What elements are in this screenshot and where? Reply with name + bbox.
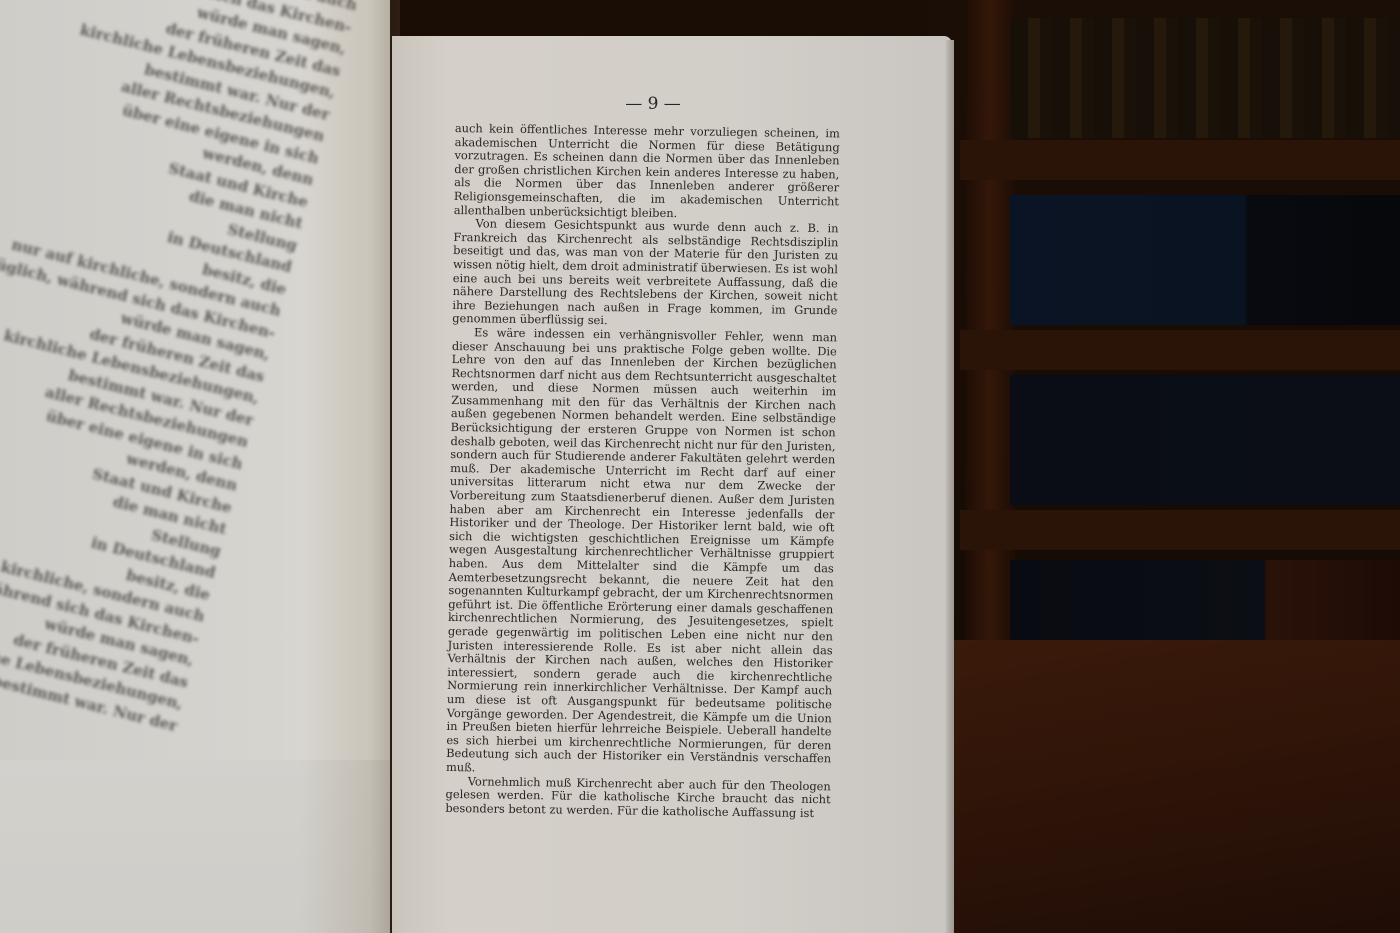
paragraph: Vornehmlich muß Kirchenrecht aber auch f… bbox=[445, 774, 831, 820]
paragraph: auch kein öffentliches Interesse mehr vo… bbox=[454, 122, 840, 223]
page-number: — 9 — bbox=[618, 94, 688, 114]
shelf-board bbox=[960, 140, 1400, 180]
paragraph: Es wäre indessen ein verhängnisvoller Fe… bbox=[446, 326, 837, 780]
book-row-dark bbox=[1010, 375, 1400, 505]
paragraph: Von diesem Gesichtspunkt aus wurde denn … bbox=[452, 217, 838, 331]
shelf-board bbox=[960, 330, 1400, 370]
page-edge bbox=[946, 40, 954, 933]
book-row-top bbox=[1010, 18, 1400, 138]
right-page-body: auch kein öffentliches Interesse mehr vo… bbox=[445, 122, 840, 821]
book-row-blue bbox=[1010, 195, 1400, 325]
wooden-table bbox=[940, 640, 1400, 933]
book-gutter bbox=[300, 0, 400, 933]
shelf-board bbox=[960, 510, 1400, 550]
